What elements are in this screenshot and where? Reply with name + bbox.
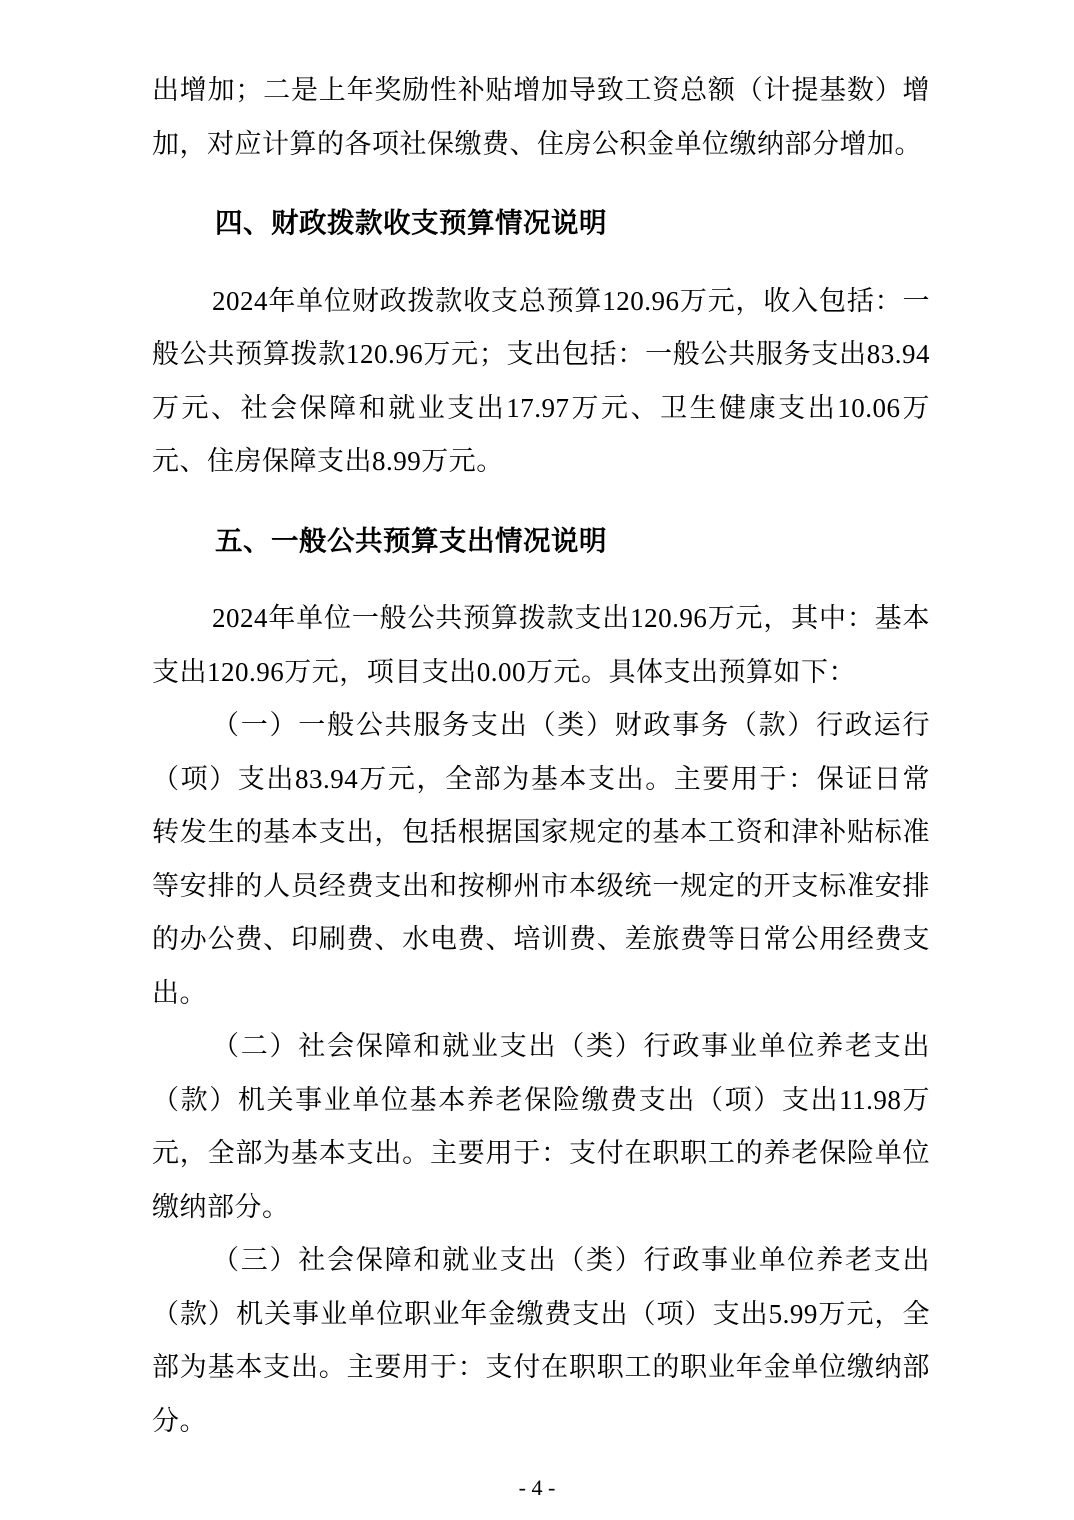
text-line: 出。 — [152, 967, 930, 1021]
text-line: 万元、社会保障和就业支出17.97万元、卫生健康支出10.06万 — [152, 382, 930, 436]
text-line: 元、住房保障支出8.99万元。 — [152, 435, 930, 489]
text-line: （款）机关事业单位基本养老保险缴费支出（项）支出11.98万 — [152, 1074, 930, 1128]
paragraph-carryover: 出增加；二是上年奖励性补贴增加导致工资总额（计提基数）增 加，对应计算的各项社保… — [152, 64, 930, 171]
text-line: （二）社会保障和就业支出（类）行政事业单位养老支出 — [152, 1020, 930, 1074]
text-line: 缴纳部分。 — [152, 1181, 930, 1235]
text-line: （一）一般公共服务支出（类）财政事务（款）行政运行 — [152, 699, 930, 753]
text-line: 般公共预算拨款120.96万元；支出包括：一般公共服务支出83.94 — [152, 328, 930, 382]
text-line: （款）机关事业单位职业年金缴费支出（项）支出5.99万元，全 — [152, 1288, 930, 1342]
text-line: 部为基本支出。主要用于：支付在职职工的职业年金单位缴纳部 — [152, 1341, 930, 1395]
text-line: 加，对应计算的各项社保缴费、住房公积金单位缴纳部分增加。 — [152, 118, 930, 172]
document-page: 出增加；二是上年奖励性补贴增加导致工资总额（计提基数）增 加，对应计算的各项社保… — [0, 0, 1074, 1520]
text-line: 转发生的基本支出，包括根据国家规定的基本工资和津补贴标准 — [152, 806, 930, 860]
page-number: - 4 - — [0, 1473, 1074, 1503]
paragraph-fiscal-appropriation-summary: 2024年单位财政拨款收支总预算120.96万元，收入包括：一 般公共预算拨款1… — [152, 275, 930, 489]
section-heading-five: 五、一般公共预算支出情况说明 — [152, 514, 930, 568]
text-line: 的办公费、印刷费、水电费、培训费、差旅费等日常公用经费支 — [152, 913, 930, 967]
text-line: （三）社会保障和就业支出（类）行政事业单位养老支出 — [152, 1234, 930, 1288]
text-line: 出增加；二是上年奖励性补贴增加导致工资总额（计提基数）增 — [152, 64, 930, 118]
paragraph-item-two: （二）社会保障和就业支出（类）行政事业单位养老支出 （款）机关事业单位基本养老保… — [152, 1020, 930, 1234]
text-line: 支出120.96万元，项目支出0.00万元。具体支出预算如下： — [152, 646, 930, 700]
text-line: 2024年单位财政拨款收支总预算120.96万元，收入包括：一 — [152, 275, 930, 329]
text-line: 等安排的人员经费支出和按柳州市本级统一规定的开支标准安排 — [152, 860, 930, 914]
section-heading-four: 四、财政拨款收支预算情况说明 — [152, 196, 930, 250]
text-line: （项）支出83.94万元，全部为基本支出。主要用于：保证日常运 — [152, 753, 930, 807]
paragraph-item-one: （一）一般公共服务支出（类）财政事务（款）行政运行 （项）支出83.94万元，全… — [152, 699, 930, 1020]
text-line: 2024年单位一般公共预算拨款支出120.96万元，其中：基本 — [152, 592, 930, 646]
paragraph-item-three: （三）社会保障和就业支出（类）行政事业单位养老支出 （款）机关事业单位职业年金缴… — [152, 1234, 930, 1448]
text-line: 元，全部为基本支出。主要用于：支付在职职工的养老保险单位 — [152, 1127, 930, 1181]
paragraph-public-budget-summary: 2024年单位一般公共预算拨款支出120.96万元，其中：基本 支出120.96… — [152, 592, 930, 699]
text-line: 分。 — [152, 1395, 930, 1449]
document-body: 出增加；二是上年奖励性补贴增加导致工资总额（计提基数）增 加，对应计算的各项社保… — [152, 64, 930, 1448]
